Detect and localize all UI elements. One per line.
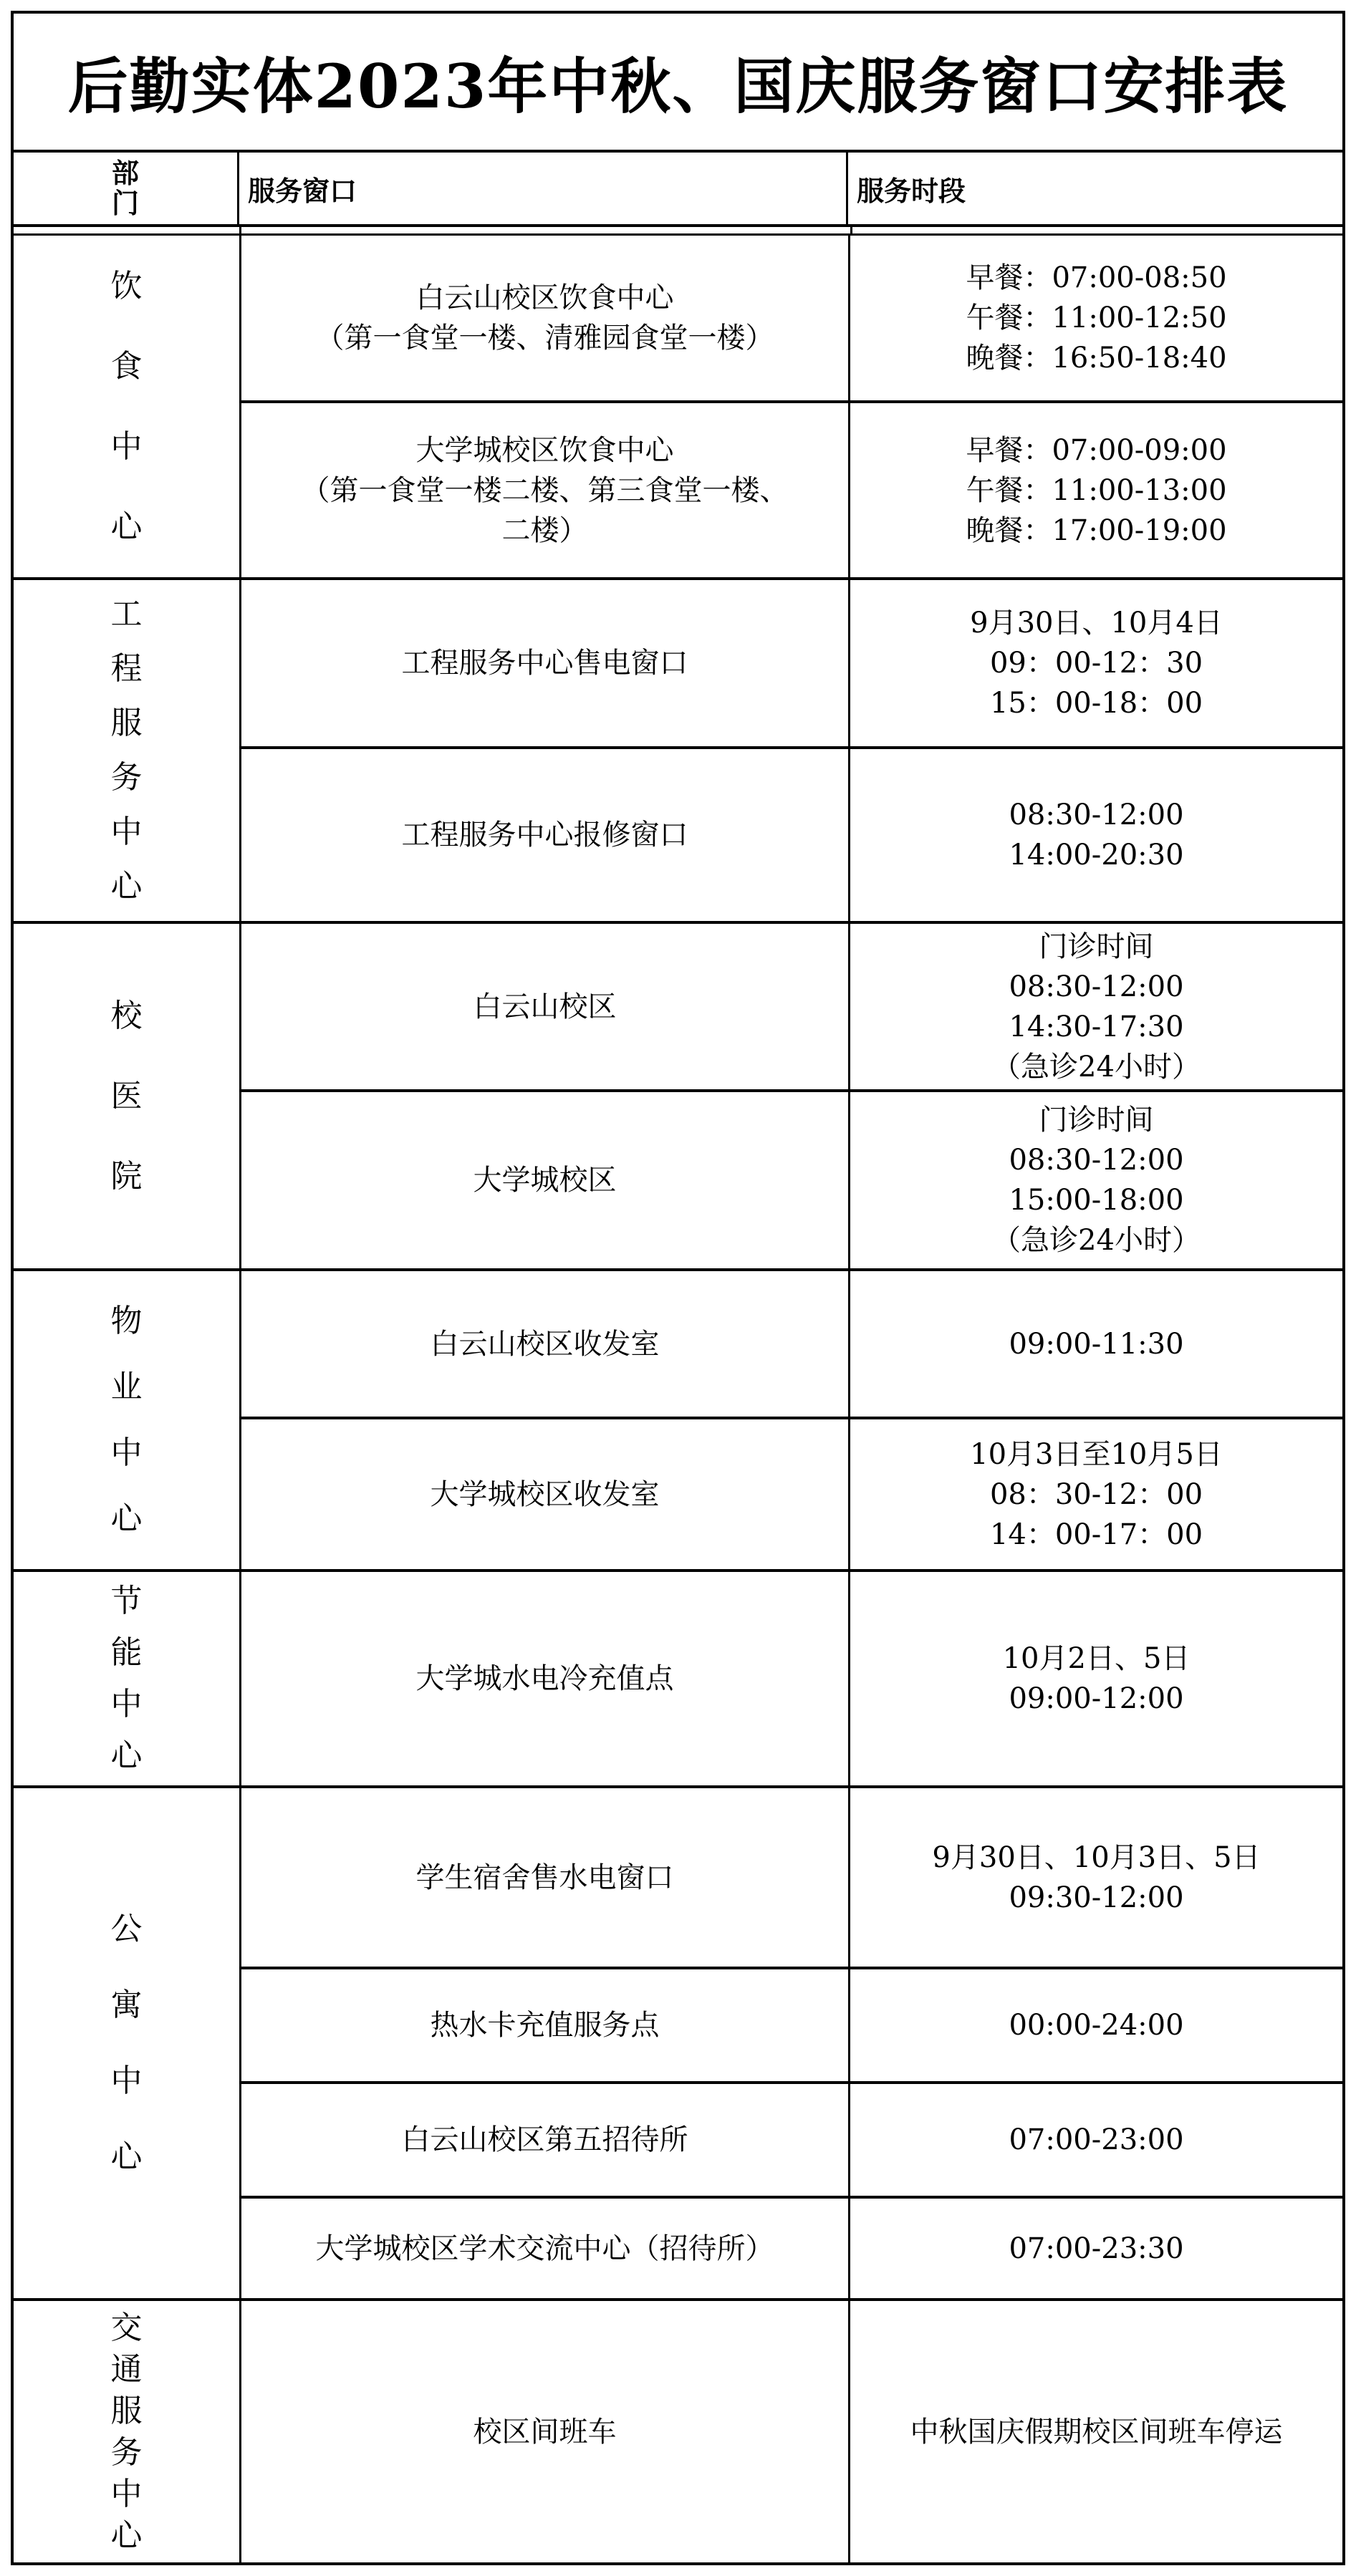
- table-row: 大学城水电冷充值点 10月2日、5日 09:00-12:00: [241, 1572, 1342, 1785]
- time-cell: 07:00-23:00: [850, 2084, 1342, 2196]
- dept-char: 务: [111, 2437, 143, 2469]
- dept-char: 服: [111, 2396, 143, 2427]
- time-cell: 07:00-23:30: [850, 2199, 1342, 2298]
- column-header-window: 服务窗口: [239, 153, 848, 224]
- dept-char: 中: [111, 2065, 143, 2097]
- dept-cell: 饮食中心: [14, 236, 241, 577]
- table-row: 工程服务中心售电窗口 9月30日、10月4日 09：00-12：30 15：00…: [241, 580, 1342, 746]
- dept-char: 心: [111, 2520, 143, 2552]
- window-cell: 热水卡充值服务点: [241, 1969, 850, 2081]
- time-cell: 9月30日、10月3日、5日 09:30-12:00: [850, 1788, 1342, 1967]
- dept-char: 部: [112, 158, 139, 188]
- column-header-time: 服务时段: [848, 153, 1342, 224]
- table-row: 学生宿舍售水电窗口 9月30日、10月3日、5日 09:30-12:00: [241, 1788, 1342, 1967]
- time-cell: 9月30日、10月4日 09：00-12：30 15：00-18：00: [850, 580, 1342, 746]
- section-apartment-center: 公寓中心 学生宿舍售水电窗口 9月30日、10月3日、5日 09:30-12:0…: [14, 1785, 1342, 2298]
- dept-char: 工: [111, 599, 143, 630]
- table-row: 大学城校区收发室 10月3日至10月5日 08：30-12：00 14：00-1…: [241, 1417, 1342, 1569]
- time-cell: 09:00-11:30: [850, 1271, 1342, 1417]
- window-cell: 白云山校区收发室: [241, 1271, 850, 1417]
- time-cell: 中秋国庆假期校区间班车停运: [850, 2301, 1342, 2562]
- dept-char: 中: [111, 1437, 143, 1469]
- window-cell: 白云山校区第五招待所: [241, 2084, 850, 2196]
- time-cell: 门诊时间 08:30-12:00 15:00-18:00 （急诊24小时）: [850, 1092, 1342, 1268]
- page-title: 后勤实体2023年中秋、国庆服务窗口安排表: [14, 14, 1342, 153]
- dept-char: 中: [111, 1689, 143, 1720]
- dept-char: 饮: [111, 271, 143, 302]
- dept-char: 医: [111, 1081, 143, 1112]
- window-cell: 学生宿舍售水电窗口: [241, 1788, 850, 1967]
- column-header-dept: 部门: [14, 153, 239, 224]
- column-header-dept-label: 部门: [112, 158, 139, 218]
- dept-char: 业: [111, 1371, 143, 1403]
- section-property-center: 物业中心 白云山校区收发室 09:00-11:30 大学城校区收发室 10月3日…: [14, 1268, 1342, 1569]
- dept-char: 心: [111, 511, 143, 543]
- dept-char: 院: [111, 1161, 143, 1192]
- time-cell: 10月3日至10月5日 08：30-12：00 14：00-17：00: [850, 1419, 1342, 1569]
- dept-char: 中: [111, 431, 143, 463]
- table-row: 大学城校区饮食中心 （第一食堂一楼二楼、第三食堂一楼、 二楼） 早餐：07:00…: [241, 400, 1342, 577]
- header-double-rule: [14, 224, 1342, 236]
- dept-char: 寓: [111, 1989, 143, 2021]
- dept-char: 食: [111, 351, 143, 382]
- dept-char: 校: [111, 1000, 143, 1032]
- table-row: 白云山校区 门诊时间 08:30-12:00 14:30-17:30 （急诊24…: [241, 924, 1342, 1089]
- window-cell: 大学城校区学术交流中心（招待所）: [241, 2199, 850, 2298]
- time-cell: 早餐：07:00-08:50 午餐：11:00-12:50 晚餐：16:50-1…: [850, 236, 1342, 400]
- window-cell: 工程服务中心报修窗口: [241, 749, 850, 921]
- dept-char: 通: [111, 2354, 143, 2386]
- section-energy-saving-center: 节能中心 大学城水电冷充值点 10月2日、5日 09:00-12:00: [14, 1569, 1342, 1785]
- table-row: 校区间班车 中秋国庆假期校区间班车停运: [241, 2301, 1342, 2562]
- service-schedule-table: 后勤实体2023年中秋、国庆服务窗口安排表 部门 服务窗口 服务时段 饮食中心 …: [11, 11, 1345, 2565]
- dept-cell: 节能中心: [14, 1572, 241, 1785]
- dept-char: 程: [111, 653, 143, 685]
- table-row: 热水卡充值服务点 00:00-24:00: [241, 1967, 1342, 2081]
- section-transport-service-center: 交通服务中心 校区间班车 中秋国庆假期校区间班车停运: [14, 2298, 1342, 2562]
- dept-char: 交: [111, 2312, 143, 2344]
- table-header-row: 部门 服务窗口 服务时段: [14, 153, 1342, 224]
- dept-char: 服: [111, 708, 143, 739]
- window-cell: 白云山校区: [241, 924, 850, 1089]
- dept-char: 中: [111, 2479, 143, 2510]
- table-row: 大学城校区学术交流中心（招待所） 07:00-23:30: [241, 2196, 1342, 2298]
- section-school-hospital: 校医院 白云山校区 门诊时间 08:30-12:00 14:30-17:30 （…: [14, 921, 1342, 1268]
- window-cell: 大学城校区: [241, 1092, 850, 1268]
- dept-char: 物: [111, 1306, 143, 1337]
- time-cell: 早餐：07:00-09:00 午餐：11:00-13:00 晚餐：17:00-1…: [850, 403, 1342, 577]
- dept-cell: 工程服务中心: [14, 580, 241, 921]
- dept-char: 心: [111, 2141, 143, 2173]
- dept-cell: 物业中心: [14, 1271, 241, 1569]
- window-cell: 校区间班车: [241, 2301, 850, 2562]
- dept-char: 能: [111, 1637, 143, 1669]
- dept-char: 中: [111, 816, 143, 848]
- time-cell: 门诊时间 08:30-12:00 14:30-17:30 （急诊24小时）: [850, 924, 1342, 1089]
- dept-char: 心: [111, 871, 143, 902]
- window-cell: 大学城校区饮食中心 （第一食堂一楼二楼、第三食堂一楼、 二楼）: [241, 403, 850, 577]
- time-cell: 08:30-12:00 14:00-20:30: [850, 749, 1342, 921]
- dept-char: 心: [111, 1740, 143, 1772]
- dept-char: 公: [111, 1914, 143, 1945]
- page: 后勤实体2023年中秋、国庆服务窗口安排表 部门 服务窗口 服务时段 饮食中心 …: [0, 0, 1356, 2576]
- dept-char: 务: [111, 762, 143, 793]
- section-dining-center: 饮食中心 白云山校区饮食中心 （第一食堂一楼、清雅园食堂一楼） 早餐：07:00…: [14, 236, 1342, 577]
- table-row: 白云山校区收发室 09:00-11:30: [241, 1271, 1342, 1417]
- dept-char: 节: [111, 1586, 143, 1617]
- section-engineering-service-center: 工程服务中心 工程服务中心售电窗口 9月30日、10月4日 09：00-12：3…: [14, 577, 1342, 921]
- window-cell: 工程服务中心售电窗口: [241, 580, 850, 746]
- dept-cell: 校医院: [14, 924, 241, 1268]
- window-cell: 大学城校区收发室: [241, 1419, 850, 1569]
- dept-char: 心: [111, 1503, 143, 1535]
- time-cell: 10月2日、5日 09:00-12:00: [850, 1572, 1342, 1785]
- table-row: 白云山校区饮食中心 （第一食堂一楼、清雅园食堂一楼） 早餐：07:00-08:5…: [241, 236, 1342, 400]
- window-cell: 大学城水电冷充值点: [241, 1572, 850, 1785]
- dept-cell: 交通服务中心: [14, 2301, 241, 2562]
- dept-char: 门: [112, 188, 139, 218]
- table-row: 工程服务中心报修窗口 08:30-12:00 14:00-20:30: [241, 746, 1342, 921]
- time-cell: 00:00-24:00: [850, 1969, 1342, 2081]
- window-cell: 白云山校区饮食中心 （第一食堂一楼、清雅园食堂一楼）: [241, 236, 850, 400]
- dept-cell: 公寓中心: [14, 1788, 241, 2298]
- table-row: 白云山校区第五招待所 07:00-23:00: [241, 2081, 1342, 2196]
- table-row: 大学城校区 门诊时间 08:30-12:00 15:00-18:00 （急诊24…: [241, 1089, 1342, 1268]
